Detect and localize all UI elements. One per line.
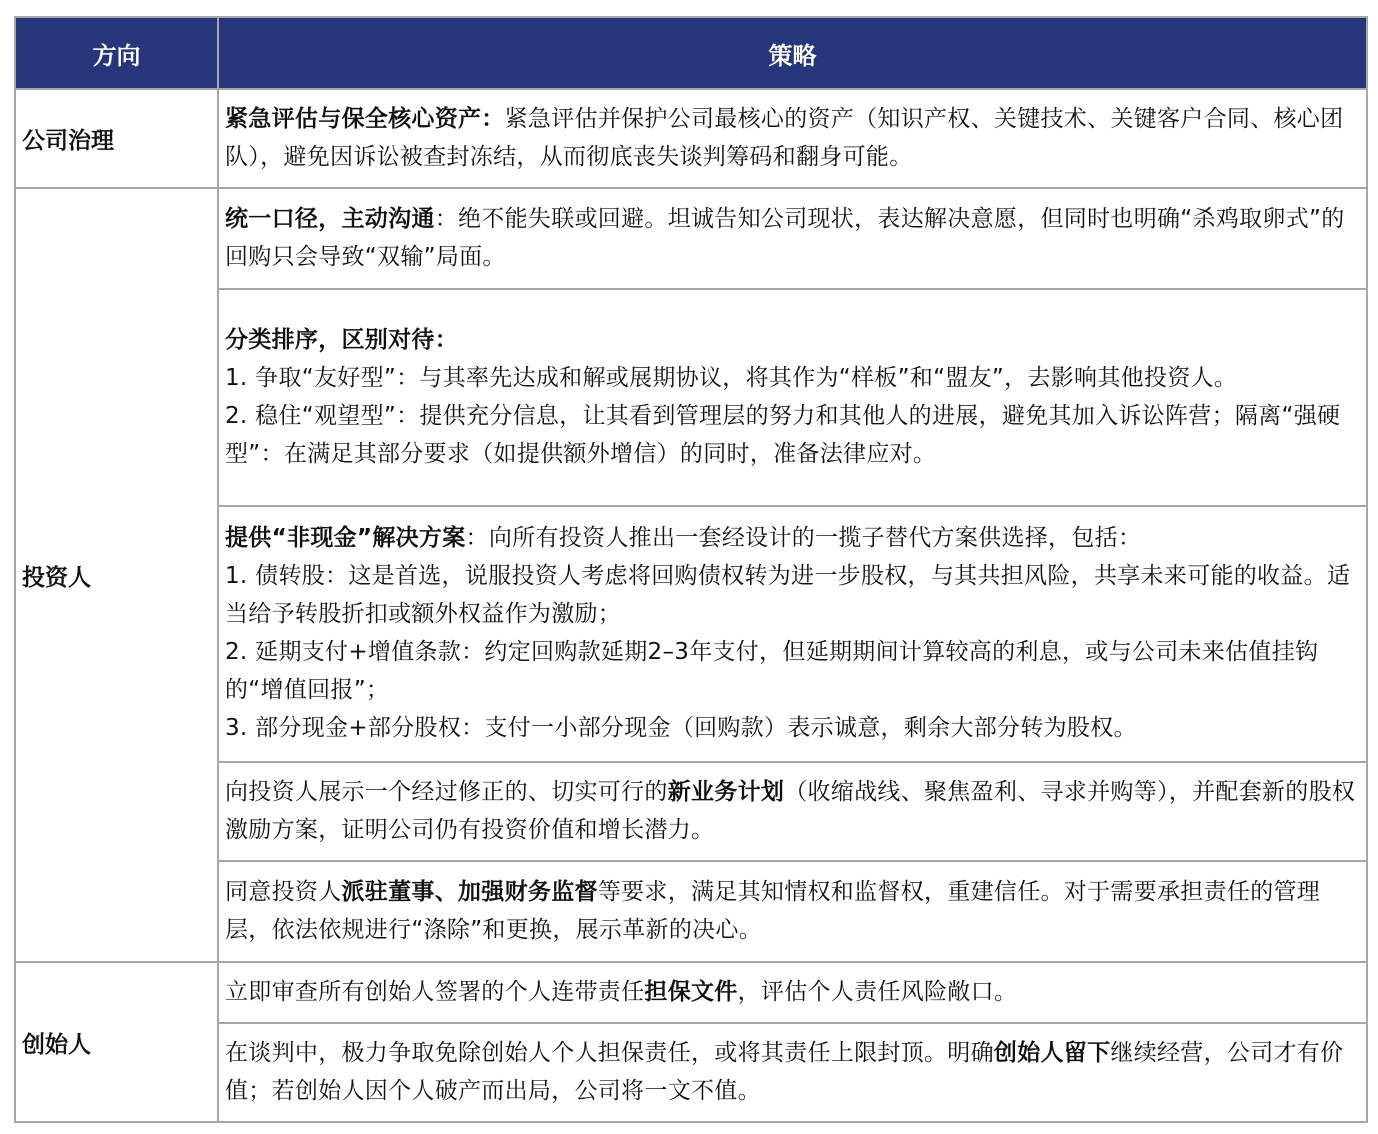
header-row: 方向 策略 xyxy=(15,17,1367,89)
strategy-cell: 分类排序，区别对待：1. 争取“友好型”：与其率先达成和解或展期协议，将其作为“… xyxy=(218,289,1367,506)
table-row: 公司治理紧急评估与保全核心资产：紧急评估并保护公司最核心的资产（知识产权、关键技… xyxy=(15,89,1367,188)
table-row: 同意投资人派驻董事、加强财务监督等要求，满足其知情权和监督权，重建信任。对于需要… xyxy=(15,861,1367,962)
table-row: 创始人立即审查所有创始人签署的个人连带责任担保文件，评估个人责任风险敞口。 xyxy=(15,962,1367,1023)
strategy-text: 向投资人展示一个经过修正的、切实可行的 xyxy=(225,779,668,805)
direction-cell: 创始人 xyxy=(15,962,218,1122)
strategy-keyword: 紧急评估与保全核心资产： xyxy=(225,106,505,132)
table-row: 提供“非现金”解决方案：向所有投资人推出一套经设计的一揽子替代方案供选择，包括：… xyxy=(15,506,1367,762)
strategy-text: 立即审查所有创始人签署的个人连带责任 xyxy=(225,979,644,1005)
direction-cell: 公司治理 xyxy=(15,89,218,188)
strategy-cell: 同意投资人派驻董事、加强财务监督等要求，满足其知情权和监督权，重建信任。对于需要… xyxy=(218,861,1367,962)
strategy-text: 2. 稳住“观望型”：提供充分信息，让其看到管理层的努力和其他人的进展，避免其加… xyxy=(225,403,1340,467)
strategy-text: ，评估个人责任风险敞口。 xyxy=(738,979,1018,1005)
strategy-keyword: 提供“非现金”解决方案 xyxy=(225,525,466,551)
table-row: 投资人统一口径，主动沟通：绝不能失联或回避。坦诚告知公司现状，表达解决意愿，但同… xyxy=(15,188,1367,289)
strategy-keyword: 分类排序，区别对待： xyxy=(225,327,458,353)
strategy-table: 方向 策略 公司治理紧急评估与保全核心资产：紧急评估并保护公司最核心的资产（知识… xyxy=(14,16,1368,1123)
header-direction: 方向 xyxy=(15,17,218,89)
table-row: 在谈判中，极力争取免除创始人个人担保责任，或将其责任上限封顶。明确创始人留下继续… xyxy=(15,1023,1367,1122)
strategy-text: 1. 债转股：这是首选，说服投资人考虑将回购债权转为进一步股权，与其共担风险，共… xyxy=(225,563,1350,627)
direction-cell: 投资人 xyxy=(15,188,218,962)
strategy-text: 在谈判中，极力争取免除创始人个人担保责任，或将其责任上限封顶。明确 xyxy=(225,1040,994,1066)
strategy-text: 同意投资人 xyxy=(225,879,342,905)
strategy-cell: 向投资人展示一个经过修正的、切实可行的新业务计划（收缩战线、聚焦盈利、寻求并购等… xyxy=(218,762,1367,861)
table-row: 分类排序，区别对待：1. 争取“友好型”：与其率先达成和解或展期协议，将其作为“… xyxy=(15,289,1367,506)
strategy-keyword: 派驻董事、加强财务监督 xyxy=(342,879,598,905)
strategy-keyword: 担保文件 xyxy=(644,979,737,1005)
table-row: 向投资人展示一个经过修正的、切实可行的新业务计划（收缩战线、聚焦盈利、寻求并购等… xyxy=(15,762,1367,861)
table-body: 公司治理紧急评估与保全核心资产：紧急评估并保护公司最核心的资产（知识产权、关键技… xyxy=(15,89,1367,1122)
strategy-text: ：向所有投资人推出一套经设计的一揽子替代方案供选择，包括： xyxy=(466,525,1142,551)
strategy-text: 3. 部分现金+部分股权：支付一小部分现金（回购款）表示诚意，剩余大部分转为股权… xyxy=(225,715,1137,741)
header-strategy: 策略 xyxy=(218,17,1367,89)
strategy-cell: 在谈判中，极力争取免除创始人个人担保责任，或将其责任上限封顶。明确创始人留下继续… xyxy=(218,1023,1367,1122)
strategy-cell: 立即审查所有创始人签署的个人连带责任担保文件，评估个人责任风险敞口。 xyxy=(218,962,1367,1023)
strategy-cell: 紧急评估与保全核心资产：紧急评估并保护公司最核心的资产（知识产权、关键技术、关键… xyxy=(218,89,1367,188)
strategy-keyword: 创始人留下 xyxy=(994,1040,1111,1066)
strategy-keyword: 统一口径，主动沟通 xyxy=(225,206,435,232)
strategy-text: 2. 延期支付+增值条款：约定回购款延期2–3年支付，但延期期间计算较高的利息，… xyxy=(225,639,1318,703)
strategy-cell: 提供“非现金”解决方案：向所有投资人推出一套经设计的一揽子替代方案供选择，包括：… xyxy=(218,506,1367,762)
strategy-keyword: 新业务计划 xyxy=(668,779,785,805)
strategy-text: 1. 争取“友好型”：与其率先达成和解或展期协议，将其作为“样板”和“盟友”，去… xyxy=(225,365,1237,391)
strategy-cell: 统一口径，主动沟通：绝不能失联或回避。坦诚告知公司现状，表达解决意愿，但同时也明… xyxy=(218,188,1367,289)
